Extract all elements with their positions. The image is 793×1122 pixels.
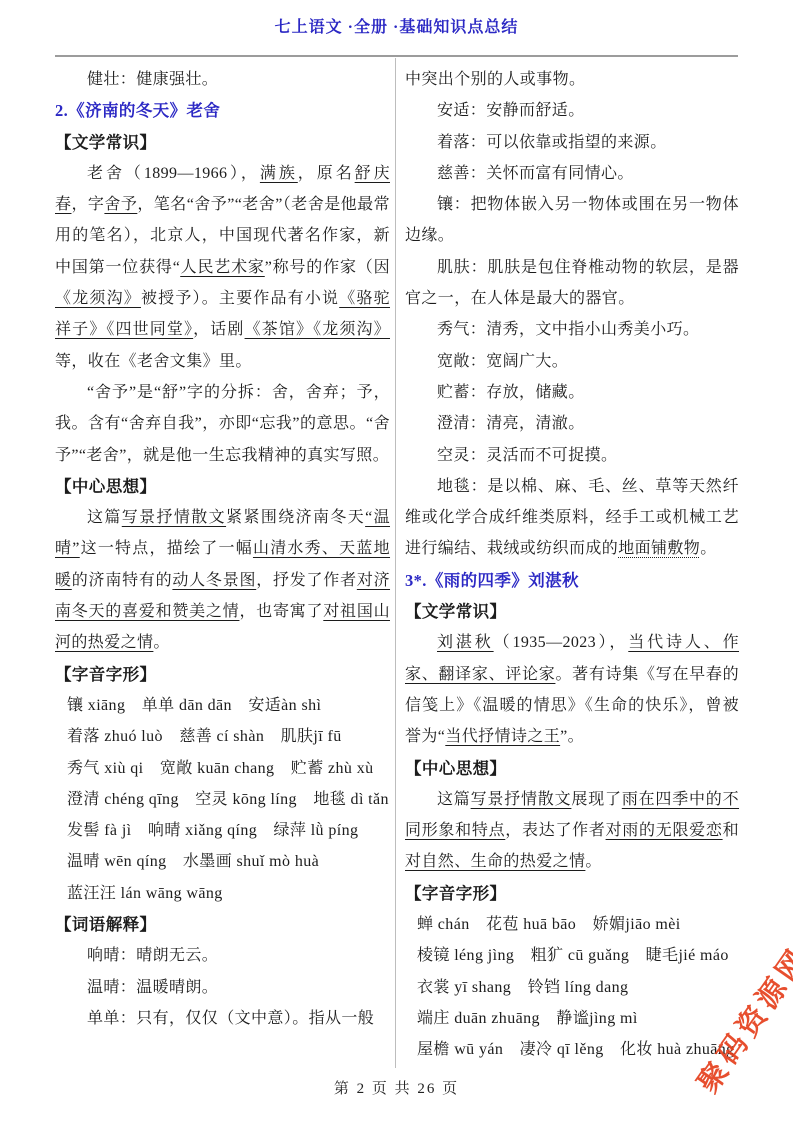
text-run: 和 — [723, 822, 739, 839]
text-run: 慈善：关怀而富有同情心。 — [437, 165, 634, 182]
text-run: 衣裳 yī shang 铃铛 líng dang — [417, 979, 628, 996]
text-run: 【词语解释】 — [55, 915, 156, 934]
pinyin-line: 秀气 xiù qi 宽敞 kuān chang 贮蓄 zhù xù — [55, 753, 390, 784]
underlined-text: 人民艺术家 — [180, 259, 265, 276]
definition: 响晴：晴朗无云。 — [55, 940, 390, 971]
section-title: 【中心思想】 — [55, 471, 390, 502]
text-run: 贮蓄：存放，储藏。 — [437, 384, 585, 401]
text-run: ，抒发了作者 — [256, 572, 357, 589]
text-run: 。 — [585, 853, 601, 870]
left-column: 健壮：健康强壮。2.《济南的冬天》老舍【文学常识】老舍（1899—1966），满… — [55, 58, 390, 1068]
text-run: 这篇 — [437, 791, 471, 808]
text-run: ”。 — [560, 728, 584, 745]
pinyin-line: 温晴 wēn qíng 水墨画 shuǐ mò huà — [55, 846, 390, 877]
underlined-text: 满族 — [260, 165, 298, 182]
text-run: ，字 — [71, 196, 104, 213]
underlined-text: 《茶馆》《龙须沟》 — [245, 321, 390, 338]
text-run: 端庄 duān zhuāng 静谧jìng mì — [417, 1010, 638, 1027]
text-run: ，话剧 — [193, 321, 244, 338]
text-run: 蓝汪汪 lán wāng wāng — [67, 885, 223, 902]
text-run: ，表达了作者 — [505, 822, 605, 839]
article-heading: 2.《济南的冬天》老舍 — [55, 95, 390, 126]
text-run: 这篇 — [87, 509, 122, 526]
text-run: 着落 zhuó luò 慈善 cí shàn 肌肤jī fū — [67, 728, 342, 745]
pinyin-line: 屋檐 wū yán 凄冷 qī lěng 化妆 huà zhuāng — [405, 1034, 739, 1065]
text-run: 屋檐 wū yán 凄冷 qī lěng 化妆 huà zhuāng — [417, 1041, 735, 1058]
text-run: 蝉 chán 花苞 huā bāo 娇媚jiāo mèi — [417, 916, 681, 933]
underlined-text: 当代抒情诗之王 — [445, 728, 560, 745]
paragraph: “舍予”是“舒”字的分拆：舍，舍弃；予，我。含有“舍弃自我”，亦即“忘我”的意思… — [55, 377, 390, 471]
text-run: 。 — [153, 634, 169, 651]
section-title: 【文学常识】 — [55, 127, 390, 158]
text-run: 镶 xiāng 单单 dān dān 安适àn shì — [67, 697, 321, 714]
definition: 安适：安静而舒适。 — [405, 95, 739, 126]
text-run: 秀气 xiù qi 宽敞 kuān chang 贮蓄 zhù xù — [67, 760, 374, 777]
underlined-text: 对雨的无限爱恋 — [606, 822, 723, 839]
definition: 单单：只有，仅仅（文中意）。指从一般 — [55, 1003, 390, 1034]
pinyin-line: 着落 zhuó luò 慈善 cí shàn 肌肤jī fū — [55, 721, 390, 752]
section-title: 【词语解释】 — [55, 909, 390, 940]
text-run: 。 — [700, 540, 716, 557]
pinyin-line: 棱镜 léng jìng 粗犷 cū guǎng 睫毛jié máo — [405, 940, 739, 971]
definition: 健壮：健康强壮。 — [55, 64, 390, 95]
text-run: 【文学常识】 — [55, 133, 156, 152]
definition: 肌肤：肌肤是包住脊椎动物的软层，是器官之一，在人体是最大的器官。 — [405, 252, 739, 315]
pinyin-line: 蝉 chán 花苞 huā bāo 娇媚jiāo mèi — [405, 909, 739, 940]
underlined-text: 《龙须沟》 — [55, 290, 141, 307]
text-run: 棱镜 léng jìng 粗犷 cū guǎng 睫毛jié máo — [417, 947, 729, 964]
text-run: 【中心思想】 — [405, 759, 506, 778]
pinyin-line: 镶 xiāng 单单 dān dān 安适àn shì — [55, 690, 390, 721]
pinyin-line: 端庄 duān zhuāng 静谧jìng mì — [405, 1003, 739, 1034]
underlined-text: 对自然、生命的热爱之情 — [405, 853, 585, 870]
text-run: 单单：只有，仅仅（文中意）。指从一般 — [87, 1010, 374, 1027]
text-run: 响晴：晴朗无云。 — [87, 947, 218, 964]
text-run: 澄清：清亮，清澈。 — [437, 415, 585, 432]
text-run: 被授予）。主要作品有小说 — [141, 290, 339, 307]
document-header-title: 七上语文 ·全册 ·基础知识点总结 — [0, 14, 793, 37]
definition: 地毯：是以棉、麻、毛、丝、草等天然纤维或化学合成纤维类原料，经手工或机械工艺进行… — [405, 471, 739, 565]
paragraph: 这篇写景抒情散文紧紧围绕济南冬天“温晴”这一特点，描绘了一幅山清水秀、天蓝地暖的… — [55, 502, 390, 658]
text-run: ，原名 — [298, 165, 355, 182]
definition: 宽敞：宽阔广大。 — [405, 346, 739, 377]
underlined-text: 地面铺敷物 — [618, 540, 700, 557]
definition: 澄清：清亮，清澈。 — [405, 408, 739, 439]
pinyin-line: 蓝汪汪 lán wāng wāng — [55, 878, 390, 909]
definition: 镶：把物体嵌入另一物体或围在另一物体边缘。 — [405, 189, 739, 252]
text-run: 展现了 — [571, 791, 621, 808]
text-run: ，也寄寓了 — [239, 603, 323, 620]
pinyin-line: 发髻 fà jì 响晴 xiǎng qíng 绿萍 lǜ píng — [55, 815, 390, 846]
definition: 秀气：清秀，文中指小山秀美小巧。 — [405, 314, 739, 345]
underlined-text: 刘湛秋 — [437, 634, 494, 651]
text-run: 3*.《雨的四季》刘湛秋 — [405, 571, 579, 590]
section-title: 【中心思想】 — [405, 753, 739, 784]
paragraph: 这篇写景抒情散文展现了雨在四季中的不同形象和特点，表达了作者对雨的无限爱恋和对自… — [405, 784, 739, 878]
text-run: 【中心思想】 — [55, 477, 156, 496]
text-run: 着落：可以依靠或指望的来源。 — [437, 134, 667, 151]
article-heading: 3*.《雨的四季》刘湛秋 — [405, 565, 739, 596]
pinyin-line: 澄清 chéng qīng 空灵 kōng líng 地毯 dì tǎn — [55, 784, 390, 815]
text-run: 2.《济南的冬天》老舍 — [55, 101, 220, 120]
underlined-text: 舍予 — [104, 196, 137, 213]
definition: 着落：可以依靠或指望的来源。 — [405, 127, 739, 158]
text-run: 澄清 chéng qīng 空灵 kōng líng 地毯 dì tǎn — [67, 791, 389, 808]
section-title: 【字音字形】 — [405, 878, 739, 909]
underlined-text: 动人冬景图 — [172, 572, 256, 589]
text-run: ”称号的作家（因 — [265, 259, 390, 276]
definition: 温晴：温暖晴朗。 — [55, 972, 390, 1003]
text-run: 等，收在《老舍文集》里。 — [55, 353, 252, 370]
text-run: 安适：安静而舒适。 — [437, 102, 585, 119]
section-title: 【字音字形】 — [55, 659, 390, 690]
text-run: 发髻 fà jì 响晴 xiǎng qíng 绿萍 lǜ píng — [67, 822, 358, 839]
header-rule — [55, 55, 738, 57]
text-run: 秀气：清秀，文中指小山秀美小巧。 — [437, 321, 699, 338]
page-number-footer: 第 2 页 共 26 页 — [0, 1077, 793, 1098]
text-run: 【文学常识】 — [405, 602, 506, 621]
text-run: 的济南特有的 — [72, 572, 173, 589]
paragraph: 老舍（1899—1966），满族，原名舒庆春，字舍予，笔名“舍予”“老舍”（老舍… — [55, 158, 390, 377]
text-run: 这一特点，描绘了一幅 — [80, 540, 253, 557]
text-run: “舍予”是“舒”字的分拆：舍，舍弃；予，我。含有“舍弃自我”，亦即“忘我”的意思… — [55, 384, 390, 464]
text-run: 温晴 wēn qíng 水墨画 shuǐ mò huà — [67, 853, 319, 870]
document-page: 七上语文 ·全册 ·基础知识点总结 健壮：健康强壮。2.《济南的冬天》老舍【文学… — [0, 0, 793, 1122]
text-run: 镶：把物体嵌入另一物体或围在另一物体边缘。 — [405, 196, 739, 244]
definition: 空灵：灵活而不可捉摸。 — [405, 440, 739, 471]
text-run: 中突出个别的人或事物。 — [405, 71, 585, 88]
paragraph: 刘湛秋（1935—2023），当代诗人、作家、翻译家、评论家。著有诗集《写在早春… — [405, 627, 739, 752]
definition: 慈善：关怀而富有同情心。 — [405, 158, 739, 189]
text-run: 健壮：健康强壮。 — [87, 71, 218, 88]
text-run: 【字音字形】 — [55, 665, 156, 684]
definition: 贮蓄：存放，储藏。 — [405, 377, 739, 408]
pinyin-line: 衣裳 yī shang 铃铛 líng dang — [405, 972, 739, 1003]
text-run: 老舍（1899—1966）， — [87, 165, 260, 182]
text-run: 宽敞：宽阔广大。 — [437, 353, 568, 370]
text-run: （1935—2023）， — [494, 634, 629, 651]
underlined-text: 写景抒情散文 — [122, 509, 226, 526]
text-run: 紧紧围绕济南冬天 — [226, 509, 365, 526]
paragraph-continuation: 中突出个别的人或事物。 — [405, 64, 739, 95]
text-run: 空灵：灵活而不可捉摸。 — [437, 447, 617, 464]
text-run: 温晴：温暖晴朗。 — [87, 979, 218, 996]
text-run: 肌肤：肌肤是包住脊椎动物的软层，是器官之一，在人体是最大的器官。 — [405, 259, 739, 307]
content-columns: 健壮：健康强壮。2.《济南的冬天》老舍【文学常识】老舍（1899—1966），满… — [55, 58, 739, 1068]
section-title: 【文学常识】 — [405, 596, 739, 627]
text-run: 【字音字形】 — [405, 884, 506, 903]
underlined-text: 写景抒情散文 — [471, 791, 572, 808]
right-column: 中突出个别的人或事物。安适：安静而舒适。着落：可以依靠或指望的来源。慈善：关怀而… — [396, 58, 739, 1068]
